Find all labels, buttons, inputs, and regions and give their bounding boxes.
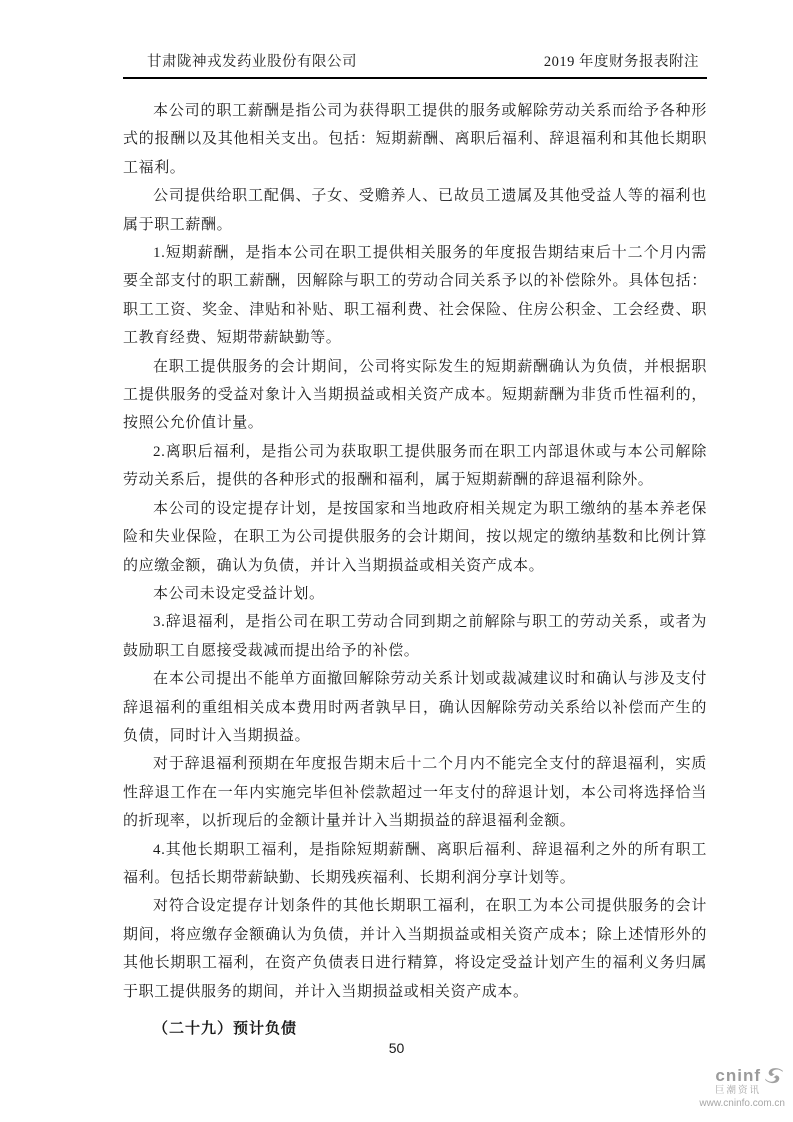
header-report-title: 2019 年度财务报表附注 xyxy=(544,50,699,71)
body-paragraph: 在职工提供服务的会计期间，公司将实际发生的短期薪酬确认为负债，并根据职工提供服务… xyxy=(123,353,707,438)
header-company-name: 甘肃陇神戎发药业股份有限公司 xyxy=(147,50,357,71)
cninfo-logo: cninf 巨潮资讯 www.cninfo.com.cn xyxy=(635,1066,785,1109)
body-paragraph: 本公司未设定受益计划。 xyxy=(123,580,707,608)
body-paragraph: 本公司的设定提存计划，是按国家和当地政府相关规定为职工缴纳的基本养老保险和失业保… xyxy=(123,495,707,580)
document-body: 本公司的职工薪酬是指公司为获得职工提供的服务或解除劳动关系而给予各种形式的报酬以… xyxy=(123,97,707,1043)
body-paragraph: 3.辞退福利，是指公司在职工劳动合同到期之前解除与职工的劳动关系，或者为鼓励职工… xyxy=(123,608,707,665)
page-number: 50 xyxy=(0,1040,793,1056)
body-paragraph: 对于辞退福利预期在年度报告期末后十二个月内不能完全支付的辞退福利，实质性辞退工作… xyxy=(123,750,707,835)
body-paragraph: 在本公司提出不能单方面撤回解除劳动关系计划或裁减建议时和确认与涉及支付辞退福利的… xyxy=(123,665,707,750)
page-header: 甘肃陇神戎发药业股份有限公司 2019 年度财务报表附注 xyxy=(123,50,707,79)
body-paragraph: 1.短期薪酬，是指本公司在职工提供相关服务的年度报告期结束后十二个月内需要全部支… xyxy=(123,239,707,353)
wave-swirl-icon xyxy=(763,1066,785,1086)
cninfo-brand-text: cninf xyxy=(715,1066,761,1086)
body-paragraph: 对符合设定提存计划条件的其他长期职工福利，在职工为本公司提供服务的会计期间，将应… xyxy=(123,892,707,1006)
body-paragraph: 公司提供给职工配偶、子女、受赡养人、已故员工遗属及其他受益人等的福利也属于职工薪… xyxy=(123,182,707,239)
body-paragraph: 本公司的职工薪酬是指公司为获得职工提供的服务或解除劳动关系而给予各种形式的报酬以… xyxy=(123,97,707,182)
cninfo-logo-row: cninf xyxy=(635,1066,785,1086)
body-paragraph: 4.其他长期职工福利，是指除短期薪酬、离职后福利、辞退福利之外的所有职工福利。包… xyxy=(123,836,707,893)
cninfo-site-name: 巨潮资讯 xyxy=(635,1086,761,1097)
cninfo-site-url: www.cninfo.com.cn xyxy=(635,1098,785,1110)
body-paragraph: 2.离职后福利，是指公司为获取职工提供服务而在职工内部退休或与本公司解除劳动关系… xyxy=(123,438,707,495)
document-page: 甘肃陇神戎发药业股份有限公司 2019 年度财务报表附注 本公司的职工薪酬是指公… xyxy=(0,0,793,1122)
